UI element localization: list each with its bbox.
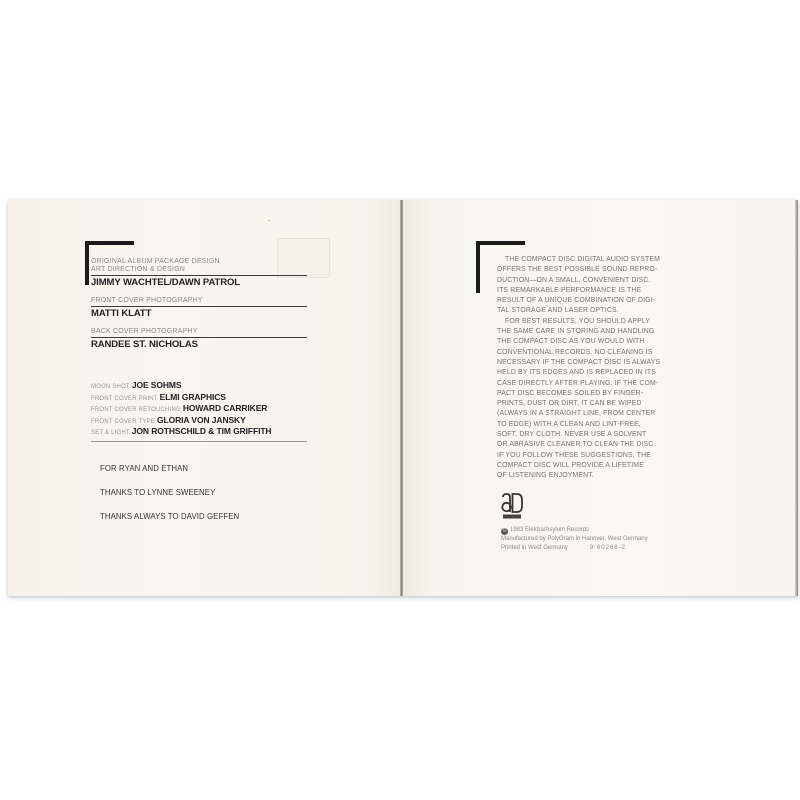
notice-line: TO EDGE) WITH A CLEAN AND LINT-FREE, [497, 420, 707, 430]
compact-disc-notice: THE COMPACT DISC DIGITAL AUDIO SYSTEMOFF… [497, 255, 707, 482]
notice-line: SOFT, DRY CLOTH. NEVER USE A SOLVENT [497, 430, 707, 440]
notice-line: (ALWAYS IN A STRAIGHT LINE, FROM CENTER [497, 409, 707, 419]
right-page: THE COMPACT DISC DIGITAL AUDIO SYSTEMOFF… [403, 200, 798, 596]
credit-label: Front Cover Photography [91, 297, 307, 307]
notice-line: PRINTS, DUST OR DIRT, IT CAN BE WIPED [497, 399, 707, 409]
notice-line: HELD BY ITS EDGES AND IS REPLACED IN ITS [497, 368, 707, 378]
notice-line: OR ABRASIVE CLEANER TO CLEAN THE DISC. [497, 440, 707, 450]
notice-line: THE COMPACT DISC AS YOU WOULD WITH [497, 337, 707, 347]
notice-line: THE COMPACT DISC DIGITAL AUDIO SYSTEM [497, 255, 707, 265]
catalog-number: 9 60268-2 [590, 545, 626, 551]
notice-line: NECESSARY IF THE COMPACT DISC IS ALWAYS [497, 358, 707, 368]
asylum-logo-icon [500, 493, 524, 521]
page-edge [795, 200, 798, 596]
legal-info: ©1983 Elektra/Asylum Records Manufacture… [501, 526, 648, 552]
dedication-line: THANKS TO LYNNE SWEENEY [100, 488, 239, 497]
cd-booklet: Original Album Package Design Art Direct… [8, 200, 798, 596]
notice-line: CONVENTIONAL RECORDS. NO CLEANING IS [497, 348, 707, 358]
dedication-line: THANKS ALWAYS TO DAVID GEFFEN [100, 512, 239, 521]
manufactured-line: Manufactured by PolyGram in Hanover, Wes… [501, 535, 648, 544]
credit-package-design: Original Album Package Design Art Direct… [91, 258, 307, 290]
credit-back-cover-photo: Back Cover Photography RANDEE ST. NICHOL… [91, 328, 307, 352]
credit-name: RANDEE ST. NICHOLAS [91, 338, 307, 352]
dedication-line: FOR RYAN AND ETHAN [100, 464, 239, 473]
copyright-icon: © [501, 528, 508, 535]
notice-line: DUCTION—ON A SMALL, CONVENIENT DISC. [497, 276, 707, 286]
left-page: Original Album Package Design Art Direct… [8, 200, 402, 596]
minor-credit-row: Set & LightJON ROTHSCHILD & TIM GRIFFITH [91, 427, 307, 439]
notice-line: FOR BEST RESULTS, YOU SHOULD APPLY [497, 317, 707, 327]
credit-front-cover-photo: Front Cover Photography MATTI KLATT [91, 297, 307, 321]
credit-label: Original Album Package Design Art Direct… [91, 258, 307, 276]
credit-label: Back Cover Photography [91, 328, 307, 338]
minor-credits: Moon ShotJOE SOHMS Front Cover PrintELMI… [91, 381, 307, 442]
copyright-line: ©1983 Elektra/Asylum Records [501, 526, 648, 535]
notice-line: CASE DIRECTLY AFTER PLAYING. IF THE COM- [497, 379, 707, 389]
credit-name: MATTI KLATT [91, 307, 307, 321]
notice-line: COMPACT DISC WILL PROVIDE A LIFETIME [497, 461, 707, 471]
notice-line: IF YOU FOLLOW THESE SUGGESTIONS, THE [497, 451, 707, 461]
notice-line: TAL STORAGE AND LASER OPTICS. [497, 306, 707, 316]
main-credits: Original Album Package Design Art Direct… [91, 258, 307, 359]
printed-line: Printed in West Germany9 60268-2 [501, 544, 648, 553]
paper-speck [268, 220, 270, 221]
notice-line: THE SAME CARE IN STORING AND HANDLING [497, 327, 707, 337]
notice-line: RESULT OF A UNIQUE COMBINATION OF DIGI- [497, 296, 707, 306]
notice-line: OF LISTENING ENJOYMENT. [497, 471, 707, 481]
credit-name: JIMMY WACHTEL/DAWN PATROL [91, 276, 307, 290]
notice-line: ITS REMARKABLE PERFORMANCE IS THE [497, 286, 707, 296]
dedications: FOR RYAN AND ETHAN THANKS TO LYNNE SWEEN… [100, 464, 239, 536]
notice-line: PACT DISC BECOMES SOILED BY FINGER- [497, 389, 707, 399]
notice-line: OFFERS THE BEST POSSIBLE SOUND REPRO- [497, 265, 707, 275]
